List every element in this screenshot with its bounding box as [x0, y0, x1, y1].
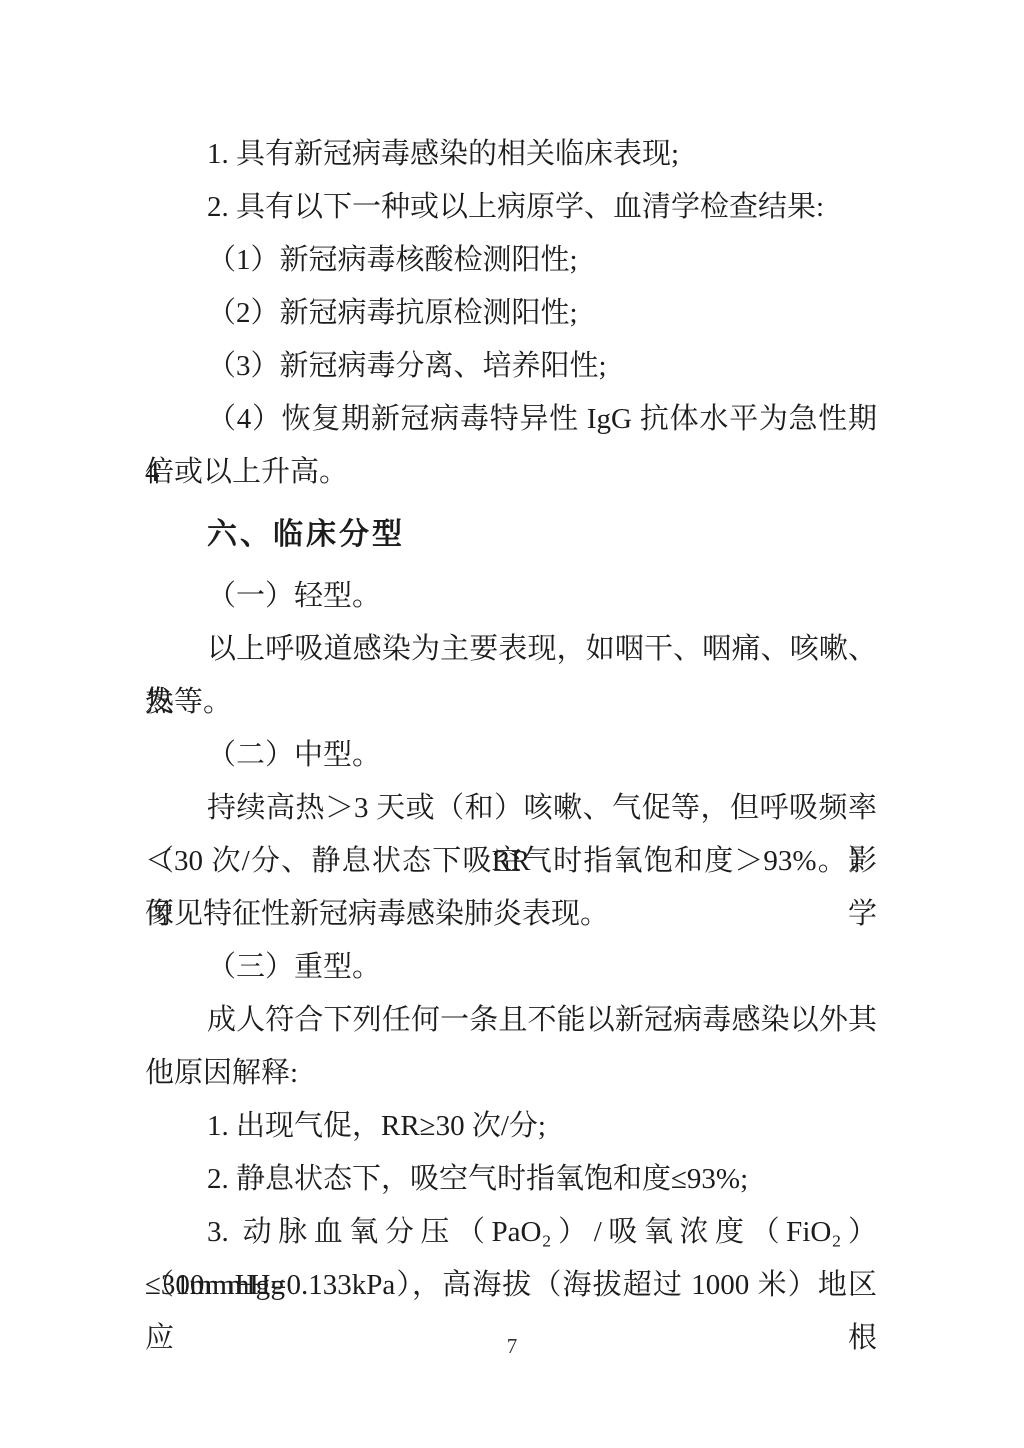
- text-line: 热等。: [145, 676, 877, 729]
- page-number: 7: [507, 1334, 518, 1358]
- text-line: 以上呼吸道感染为主要表现，如咽干、咽痛、咳嗽、发: [145, 623, 877, 676]
- text-line: 2. 具有以下一种或以上病原学、血清学检查结果:: [145, 181, 877, 234]
- section-heading: 六、临床分型: [145, 508, 877, 561]
- text-line: 倍或以上升高。: [145, 446, 877, 499]
- text-line: （2）新冠病毒抗原检测阳性;: [145, 287, 877, 340]
- text-line: （3）新冠病毒分离、培养阳性;: [145, 340, 877, 393]
- text-line: （4）恢复期新冠病毒特异性 IgG 抗体水平为急性期 4: [145, 393, 877, 446]
- text-line: 成人符合下列任何一条且不能以新冠病毒感染以外其: [145, 994, 877, 1047]
- text-line: （1mmHg=0.133kPa），高海拔（海拔超过 1000 米）地区应根: [145, 1259, 877, 1312]
- text-line: （一）轻型。: [145, 570, 877, 623]
- text-line: 2. 静息状态下，吸空气时指氧饱和度≤93%;: [145, 1153, 877, 1206]
- document-page: 1. 具有新冠病毒感染的相关临床表现;2. 具有以下一种或以上病原学、血清学检查…: [0, 0, 1024, 1448]
- text-line: 1. 具有新冠病毒感染的相关临床表现;: [145, 128, 877, 181]
- page-footer: 7: [0, 1334, 1024, 1359]
- text-line: （三）重型。: [145, 941, 877, 994]
- text-line: 他原因解释:: [145, 1047, 877, 1100]
- text-line: 持续高热＞3 天或（和）咳嗽、气促等，但呼吸频率（RR）: [145, 782, 877, 835]
- text-line: 3. 动脉血氧分压（PaO₂）/吸氧浓度（FiO₂）≤300mmHg: [145, 1206, 877, 1259]
- text-line: （1）新冠病毒核酸检测阳性;: [145, 234, 877, 287]
- text-line: 1. 出现气促，RR≥30 次/分;: [145, 1100, 877, 1153]
- text-line: （二）中型。: [145, 729, 877, 782]
- text-block: 1. 具有新冠病毒感染的相关临床表现;2. 具有以下一种或以上病原学、血清学检查…: [145, 128, 877, 1312]
- text-line: ＜30 次/分、静息状态下吸空气时指氧饱和度＞93%。影像学: [145, 835, 877, 888]
